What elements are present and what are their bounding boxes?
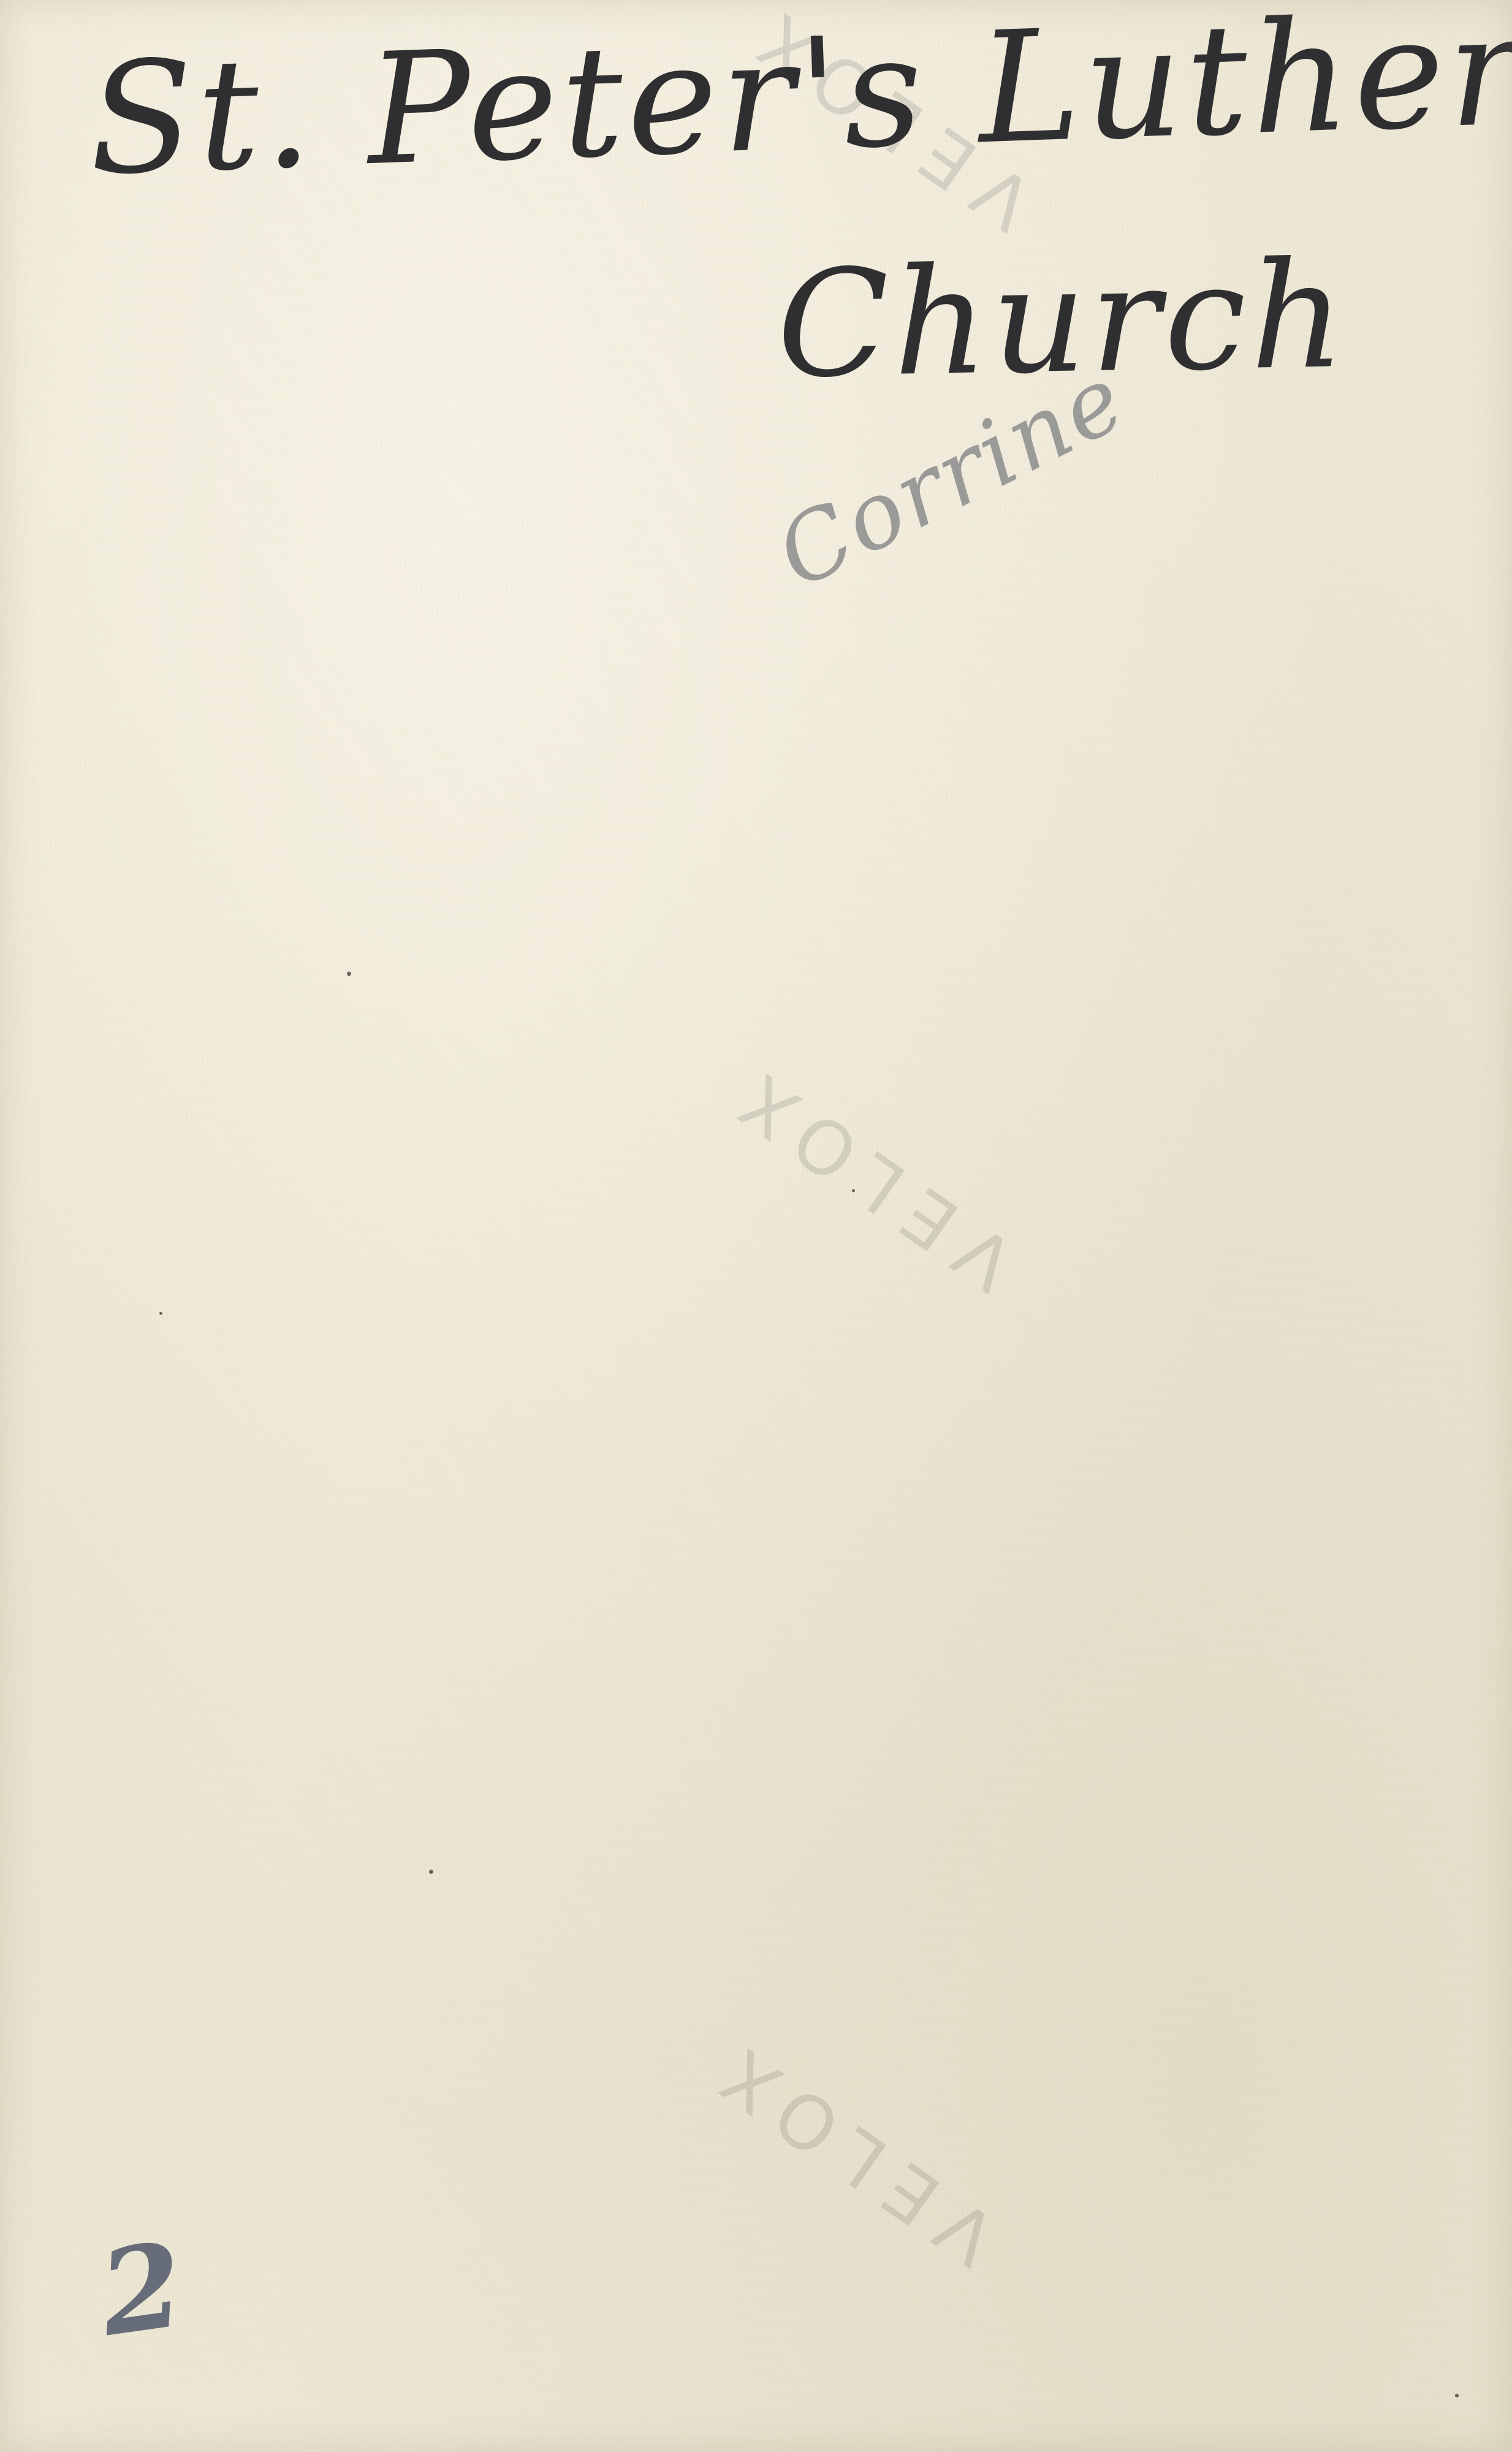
paper-speck [347,972,351,976]
paper-speck [1455,2394,1459,2397]
corner-number-mark: 2 [93,2226,189,2353]
inscription-line-1: St. Peter's Lutheran [86,0,1512,209]
photo-back-card: VELOX VELOX VELOX VE VE St. Peter's Luth… [0,0,1512,2452]
paper-speck [429,1870,433,1874]
paper-speck [159,1312,162,1315]
paper-speck [852,1189,855,1192]
velox-watermark-partial: VE [0,497,5,643]
velox-watermark: VELOX [710,1047,1030,1306]
velox-watermark: VELOX [692,2022,1012,2281]
